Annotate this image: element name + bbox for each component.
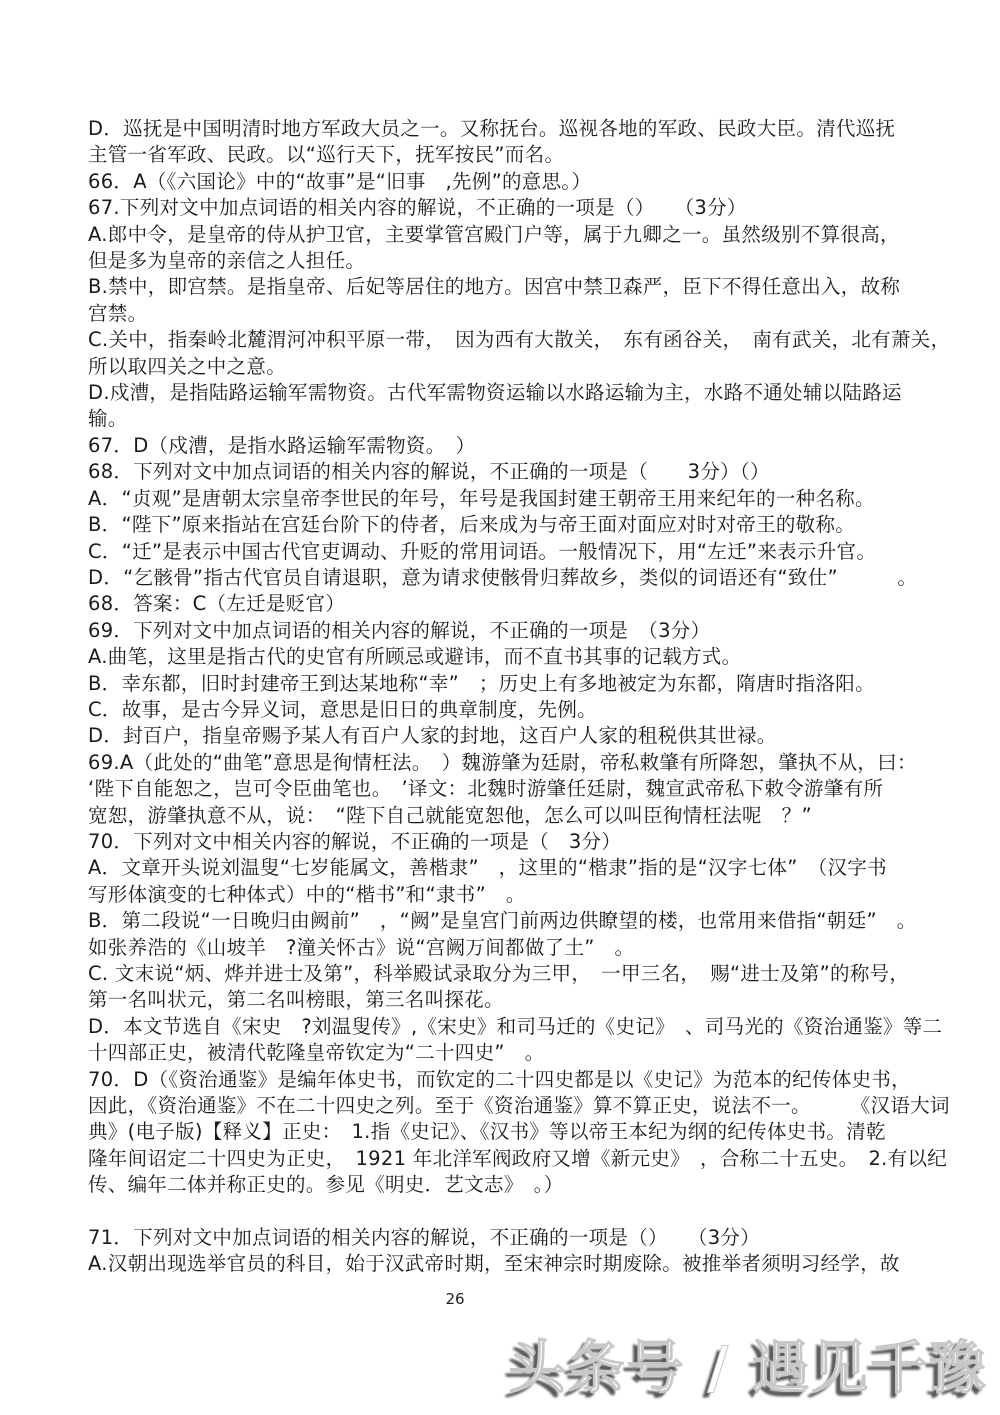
text-line: 68．下列对文中加点词语的相关内容的解说，不正确的一项是（ 3分）（） (88, 459, 934, 485)
text-block: D．巡抚是中国明清时地方军政大员之一。又称抚台。巡视各地的军政、民政大臣。清代巡… (88, 116, 934, 1278)
text-line: 如张养浩的《山坡羊 ?潼关怀古》说“宫阙万间都做了土” 。 (88, 935, 934, 961)
text-line: A.曲笔，这里是指古代的史官有所顾忌或避讳，而不直书其事的记载方式。 (88, 644, 934, 670)
text-line: 70．D（《资治通鉴》是编年体史书，而钦定的二十四史都是以《史记》为范本的纪传体… (88, 1067, 934, 1093)
text-line: 宽恕，游肇执意不从，说： “陛下自己就能宽恕他，怎么可以叫臣徇情枉法呢 ？” (88, 803, 934, 829)
text-line (88, 1199, 934, 1225)
text-line: 69．下列对文中加点词语的相关内容的解说，不正确的一项是 （3分） (88, 618, 934, 644)
text-line: 宫禁。 (88, 301, 934, 327)
watermark-toutiao: 头条号 / 遇见千豫 (508, 1322, 988, 1404)
text-line: B．“陛下”原来指站在宫廷台阶下的侍者，后来成为与帝王面对面应对时对帝王的敬称。 (88, 512, 934, 538)
text-line: 但是多为皇帝的亲信之人担任。 (88, 248, 934, 274)
text-line: 71．下列对文中加点词语的相关内容的解说，不正确的一项是（） （3分） (88, 1225, 934, 1251)
text-line: A．文章开头说刘温叟“七岁能属文，善楷隶” ，这里的“楷隶”指的是“汉字七体” … (88, 855, 934, 881)
document-page: D．巡抚是中国明清时地方军政大员之一。又称抚台。巡视各地的军政、民政大臣。清代巡… (0, 0, 1000, 1415)
text-line: A.汉朝出现选举官员的科目，始于汉武帝时期，至宋神宗时期废除。被推举者须明习经学… (88, 1251, 934, 1277)
text-line: 66．A（《六国论》中的“故事”是“旧事 ,先例”的意思。） (88, 169, 934, 195)
text-line: 典》(电子版)【释义】正史： 1.指《史记》、《汉书》等以帝王本纪为纲的纪传体史… (88, 1119, 934, 1145)
text-line: ‘陛下自能恕之，岂可令臣曲笔也。 ’译文：北魏时游肇任廷尉，魏宣武帝私下敕令游肇… (88, 776, 934, 802)
text-line: A．“贞观”是唐朝太宗皇帝李世民的年号，年号是我国封建王朝帝王用来纪年的一种名称… (88, 486, 934, 512)
text-line: 十四部正史，被清代乾隆皇帝钦定为“二十四史” 。 (88, 1040, 934, 1066)
text-line: 67.下列对文中加点词语的相关内容的解说，不正确的一项是（） （3分） (88, 195, 934, 221)
text-line: 隆年间诏定二十四史为正史， 1921 年北洋军阀政府又增《新元史》 ，合称二十五… (88, 1146, 934, 1172)
text-line: 写形体演变的七种体式）中的“楷书”和“隶书” 。 (88, 882, 934, 908)
text-line: 主管一省军政、民政。以“巡行天下，抚军按民”而名。 (88, 142, 934, 168)
text-line: D．“乞骸骨”指古代官员自请退职，意为请求使骸骨归葬故乡，类似的词语还有“致仕”… (88, 565, 934, 591)
text-line: 传、编年二体并称正史的。参见《明史．艺文志》 。） (88, 1172, 934, 1198)
text-line: C. 文末说“炳、烨并进士及第”，科举殿试录取分为三甲， 一甲三名， 赐“进士及… (88, 961, 934, 987)
text-line: 输。 (88, 406, 934, 432)
text-line: D．本文节选自《宋史 ?刘温叟传》,《宋史》和司马迁的《史记》 、司马光的《资治… (88, 1014, 934, 1040)
text-line: D．巡抚是中国明清时地方军政大员之一。又称抚台。巡视各地的军政、民政大臣。清代巡… (88, 116, 934, 142)
text-line: 70．下列对文中相关内容的解说，不正确的一项是（ 3分） (88, 829, 934, 855)
text-line: C．“迁”是表示中国古代官吏调动、升贬的常用词语。一般情况下，用“左迁”来表示升… (88, 539, 934, 565)
text-line: A.郎中令，是皇帝的侍从护卫官，主要掌管宫殿门户等，属于九卿之一。虽然级别不算很… (88, 222, 934, 248)
text-line: B．第二段说“一日晚归由阙前” ，“阙”是皇宫门前两边供瞭望的楼，也常用来借指“… (88, 908, 934, 934)
text-line: B．幸东都，旧时封建帝王到达某地称“幸” ；历史上有多地被定为东都，隋唐时指洛阳… (88, 671, 934, 697)
page-number: 26 (0, 1290, 910, 1308)
text-line: 69.A（此处的“曲笔”意思是徇情枉法。 ）魏游肇为廷尉，帝私敕肇有所降恕，肇执… (88, 750, 934, 776)
text-line: B.禁中，即宫禁。是指皇帝、后妃等居住的地方。因宫中禁卫森严，臣下不得任意出入，… (88, 274, 934, 300)
text-line: 第一名叫状元，第二名叫榜眼，第三名叫探花。 (88, 987, 934, 1013)
text-line: C．故事，是古今异义词，意思是旧日的典章制度，先例。 (88, 697, 934, 723)
text-line: D.戍漕，是指陆路运输军需物资。古代军需物资运输以水路运输为主，水路不通处辅以陆… (88, 380, 934, 406)
text-line: 67．D（戍漕，是指水路运输军需物资。 ） (88, 433, 934, 459)
text-line: D．封百户，指皇帝赐予某人有百户人家的封地，这百户人家的租税供其世禄。 (88, 723, 934, 749)
text-line: 所以取四关之中之意。 (88, 354, 934, 380)
text-line: 68．答案：C（左迁是贬官） (88, 591, 934, 617)
text-line: C.关中，指秦岭北麓渭河冲积平原一带， 因为西有大散关， 东有函谷关， 南有武关… (88, 327, 934, 353)
text-line: 因此，《资治通鉴》不在二十四史之列。至于《资治通鉴》算不算正史，说法不一。 《汉… (88, 1093, 934, 1119)
